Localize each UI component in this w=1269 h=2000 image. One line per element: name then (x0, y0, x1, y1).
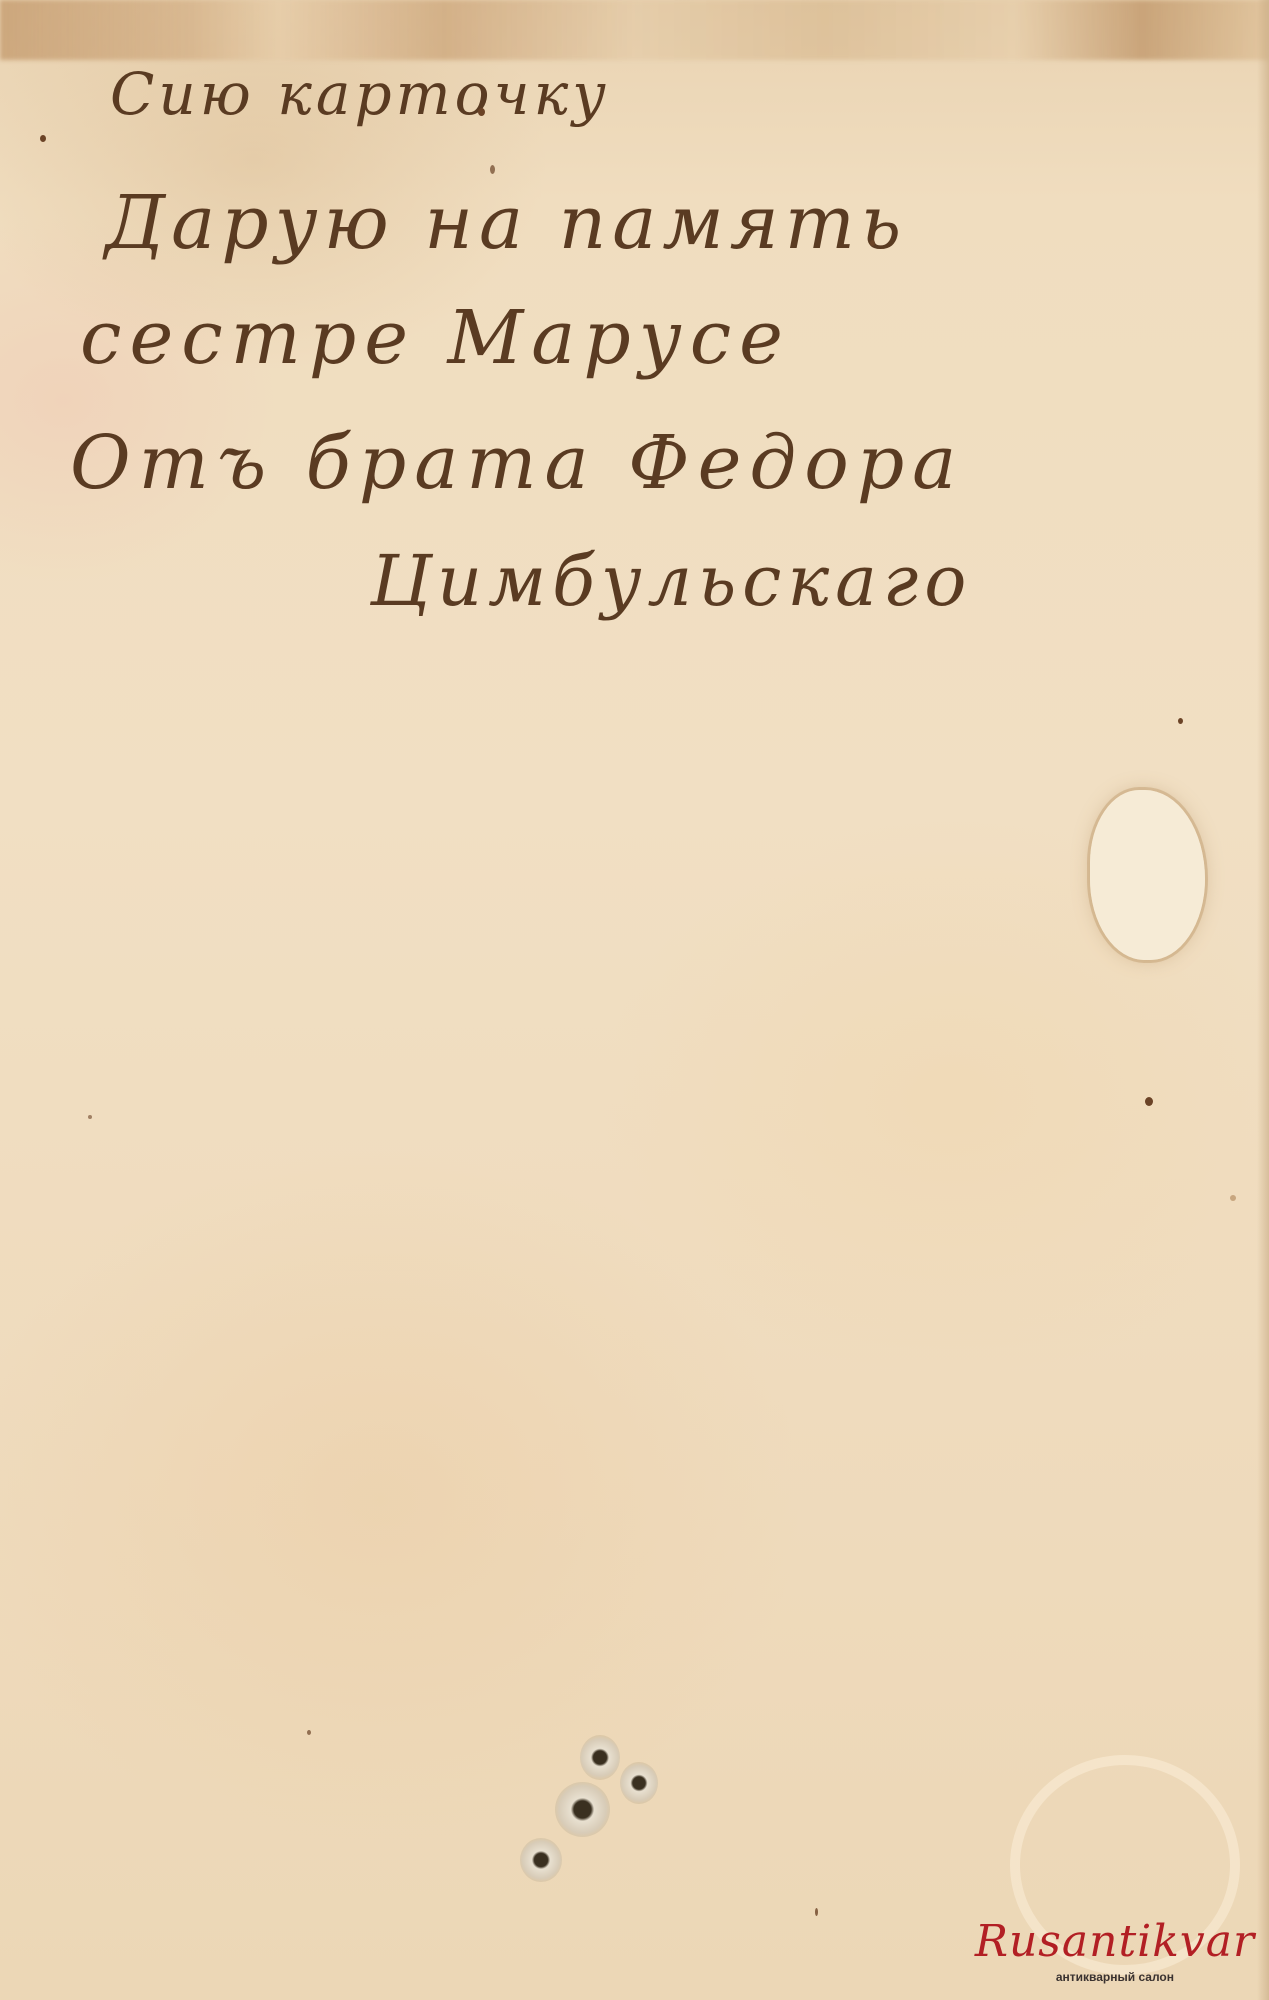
watermark-subtitle: антикварный салон (975, 1970, 1255, 1984)
right-edge-shadow (1257, 0, 1269, 2000)
foxing-spot (307, 1730, 311, 1735)
abraded-patch (1090, 790, 1205, 960)
foxing-spot (870, 240, 875, 246)
inscription-line-3: сестре Марусе (80, 295, 791, 381)
puncture-hole (555, 1782, 610, 1837)
foxing-spot (1145, 1097, 1153, 1106)
photo-card-back: Сию карточку Дарую на память сестре Мару… (0, 0, 1269, 2000)
inscription-line-2: Дарую на память (105, 180, 907, 266)
watermark: Rusantikvar антикварный салон (975, 1920, 1255, 1984)
foxing-spot (88, 1115, 92, 1119)
inscription-line-4: Отъ брата Федора (70, 420, 964, 506)
foxing-spot (1178, 718, 1183, 724)
inscription-line-1: Сию карточку (110, 60, 610, 128)
puncture-hole (620, 1762, 658, 1804)
puncture-hole (580, 1735, 620, 1780)
puncture-hole (520, 1838, 562, 1882)
inscription-line-5: Цимбульскаго (370, 540, 972, 622)
foxing-spot (40, 135, 46, 142)
top-edge-stain (0, 0, 1269, 60)
watermark-brand: Rusantikvar (975, 1920, 1255, 1964)
foxing-spot (478, 108, 485, 116)
foxing-spot (1230, 1195, 1236, 1201)
foxing-spot (490, 165, 495, 174)
foxing-spot (815, 1908, 818, 1916)
